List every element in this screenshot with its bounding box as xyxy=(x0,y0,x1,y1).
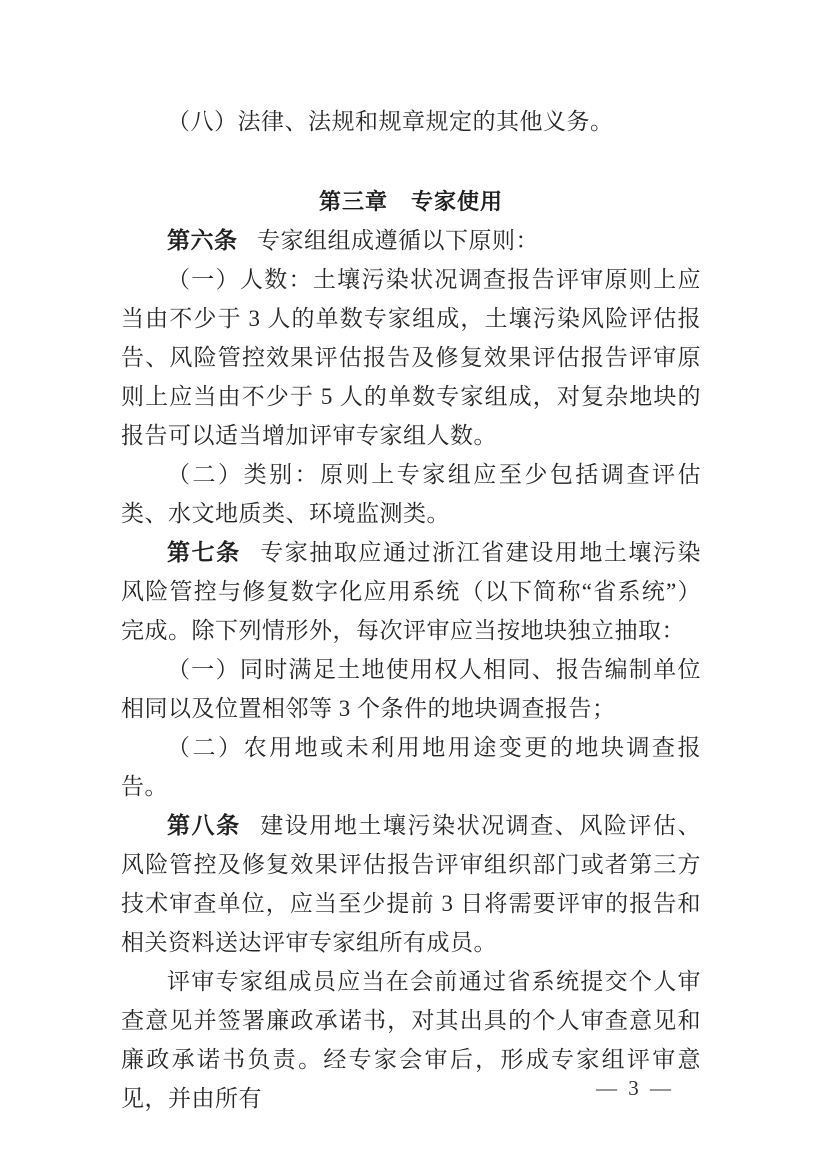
paragraph-text: 专家组组成遵循以下原则： xyxy=(257,228,539,253)
paragraph-text: （二）类别：原则上专家组应至少包括调查评估类、水文地质类、环境监测类。 xyxy=(121,462,701,526)
document-page: （八）法律、法规和规章规定的其他义务。 第三章 专家使用 第六条专家组组成遵循以… xyxy=(0,0,826,1169)
page-number: — 3 — xyxy=(596,1076,674,1100)
chapter-heading: 第三章 专家使用 xyxy=(121,182,701,221)
paragraph-article-6-item-1: （一）人数：土壤污染状况调查报告评审原则上应当由不少于 3 人的单数专家组成，土… xyxy=(121,260,701,455)
article-number-7: 第七条 xyxy=(167,539,241,565)
document-body: （八）法律、法规和规章规定的其他义务。 第三章 专家使用 第六条专家组组成遵循以… xyxy=(121,102,701,1118)
paragraph-article-7-item-1: （一）同时满足土地使用权人相同、报告编制单位相同以及位置相邻等 3 个条件的地块… xyxy=(121,650,701,728)
article-number-8: 第八条 xyxy=(167,812,241,838)
page-footer: — 3 — xyxy=(596,1076,674,1100)
paragraph-article-7: 第七条专家抽取应通过浙江省建设用地土壤污染风险管控与修复数字化应用系统（以下简称… xyxy=(121,533,701,650)
paragraph-article-6-item-2: （二）类别：原则上专家组应至少包括调查评估类、水文地质类、环境监测类。 xyxy=(121,455,701,533)
paragraph-text: （一）人数：土壤污染状况调查报告评审原则上应当由不少于 3 人的单数专家组成，土… xyxy=(121,267,701,448)
paragraph-text: （二）农用地或未利用地用途变更的地块调查报告。 xyxy=(121,735,701,799)
paragraph-obligations-item-8: （八）法律、法规和规章规定的其他义务。 xyxy=(121,102,701,141)
paragraph-article-8: 第八条建设用地土壤污染状况调查、风险评估、风险管控及修复效果评估报告评审组织部门… xyxy=(121,806,701,962)
paragraph-article-6: 第六条专家组组成遵循以下原则： xyxy=(121,221,701,260)
paragraph-text: （八）法律、法规和规章规定的其他义务。 xyxy=(167,109,614,134)
paragraph-article-7-item-2: （二）农用地或未利用地用途变更的地块调查报告。 xyxy=(121,728,701,806)
article-number-6: 第六条 xyxy=(167,227,238,253)
paragraph-text: （一）同时满足土地使用权人相同、报告编制单位相同以及位置相邻等 3 个条件的地块… xyxy=(121,657,701,721)
